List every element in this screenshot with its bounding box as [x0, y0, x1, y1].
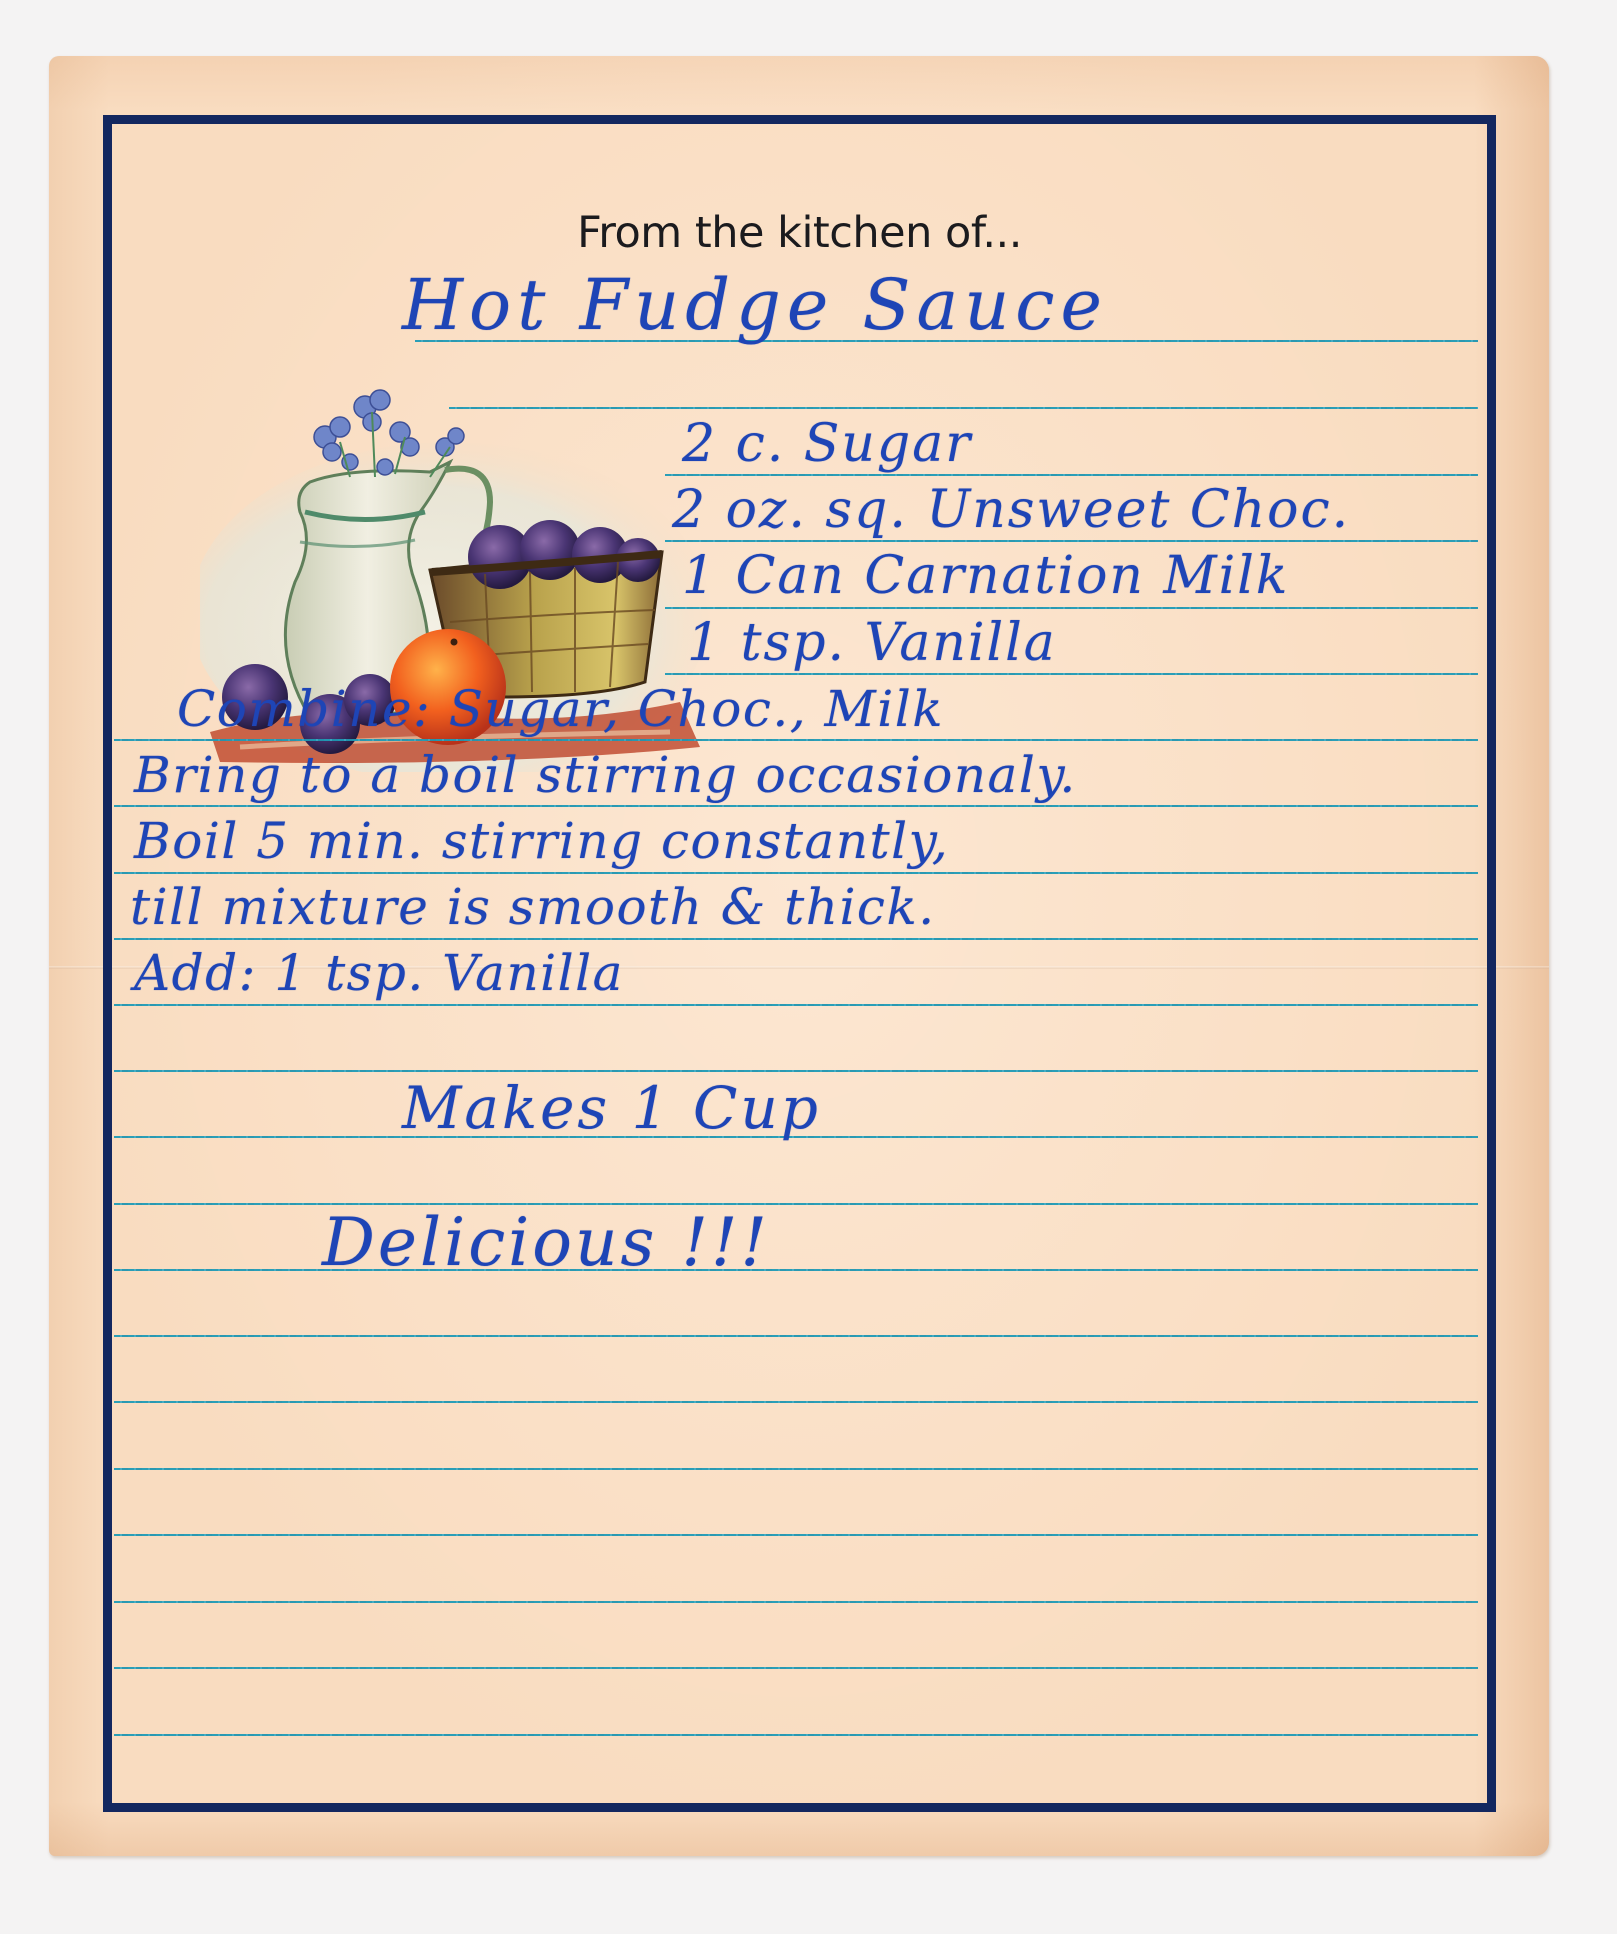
ruled-line: [665, 540, 1478, 542]
comment-note: Delicious !!!: [322, 1204, 770, 1281]
ruled-line: [665, 607, 1478, 609]
ruled-line: [114, 1070, 1478, 1072]
ruled-line: [114, 1667, 1478, 1669]
yield-note: Makes 1 Cup: [402, 1074, 821, 1142]
direction-line: till mixture is smooth & thick.: [130, 878, 936, 936]
ruled-line: [449, 407, 1478, 409]
ruled-line: [114, 805, 1478, 807]
ruled-line: [114, 1534, 1478, 1536]
ruled-line: [114, 1601, 1478, 1603]
ruled-line: [665, 673, 1478, 675]
ingredient-line: 1 Can Carnation Milk: [682, 546, 1289, 606]
direction-line: Add: 1 tsp. Vanilla: [134, 944, 624, 1002]
ingredient-line: 2 c. Sugar: [682, 414, 972, 474]
card-heading: From the kitchen of...: [112, 208, 1487, 258]
ingredient-line: 2 oz. sq. Unsweet Choc.: [672, 480, 1350, 540]
ruled-line: [114, 872, 1478, 874]
ruled-line: [114, 1401, 1478, 1403]
ruled-line: [114, 938, 1478, 940]
ruled-line: [665, 474, 1478, 476]
ruled-line: [114, 739, 1478, 741]
ruled-line: [114, 1203, 1478, 1205]
direction-line: Bring to a boil stirring occasionaly.: [134, 746, 1077, 804]
direction-line: Boil 5 min. stirring constantly,: [134, 812, 949, 870]
recipe-card: From the kitchen of...: [49, 56, 1549, 1856]
ruled-line: [114, 1004, 1478, 1006]
ruled-line: [114, 1734, 1478, 1736]
ruled-line: [114, 1468, 1478, 1470]
ruled-line: [114, 1335, 1478, 1337]
ingredient-line: 1 tsp. Vanilla: [687, 613, 1057, 673]
card-border-frame: From the kitchen of...: [103, 115, 1496, 1812]
direction-line: Combine: Sugar, Choc., Milk: [177, 680, 944, 738]
recipe-title: Hot Fudge Sauce: [402, 264, 1108, 346]
ruled-line: [114, 1269, 1478, 1271]
